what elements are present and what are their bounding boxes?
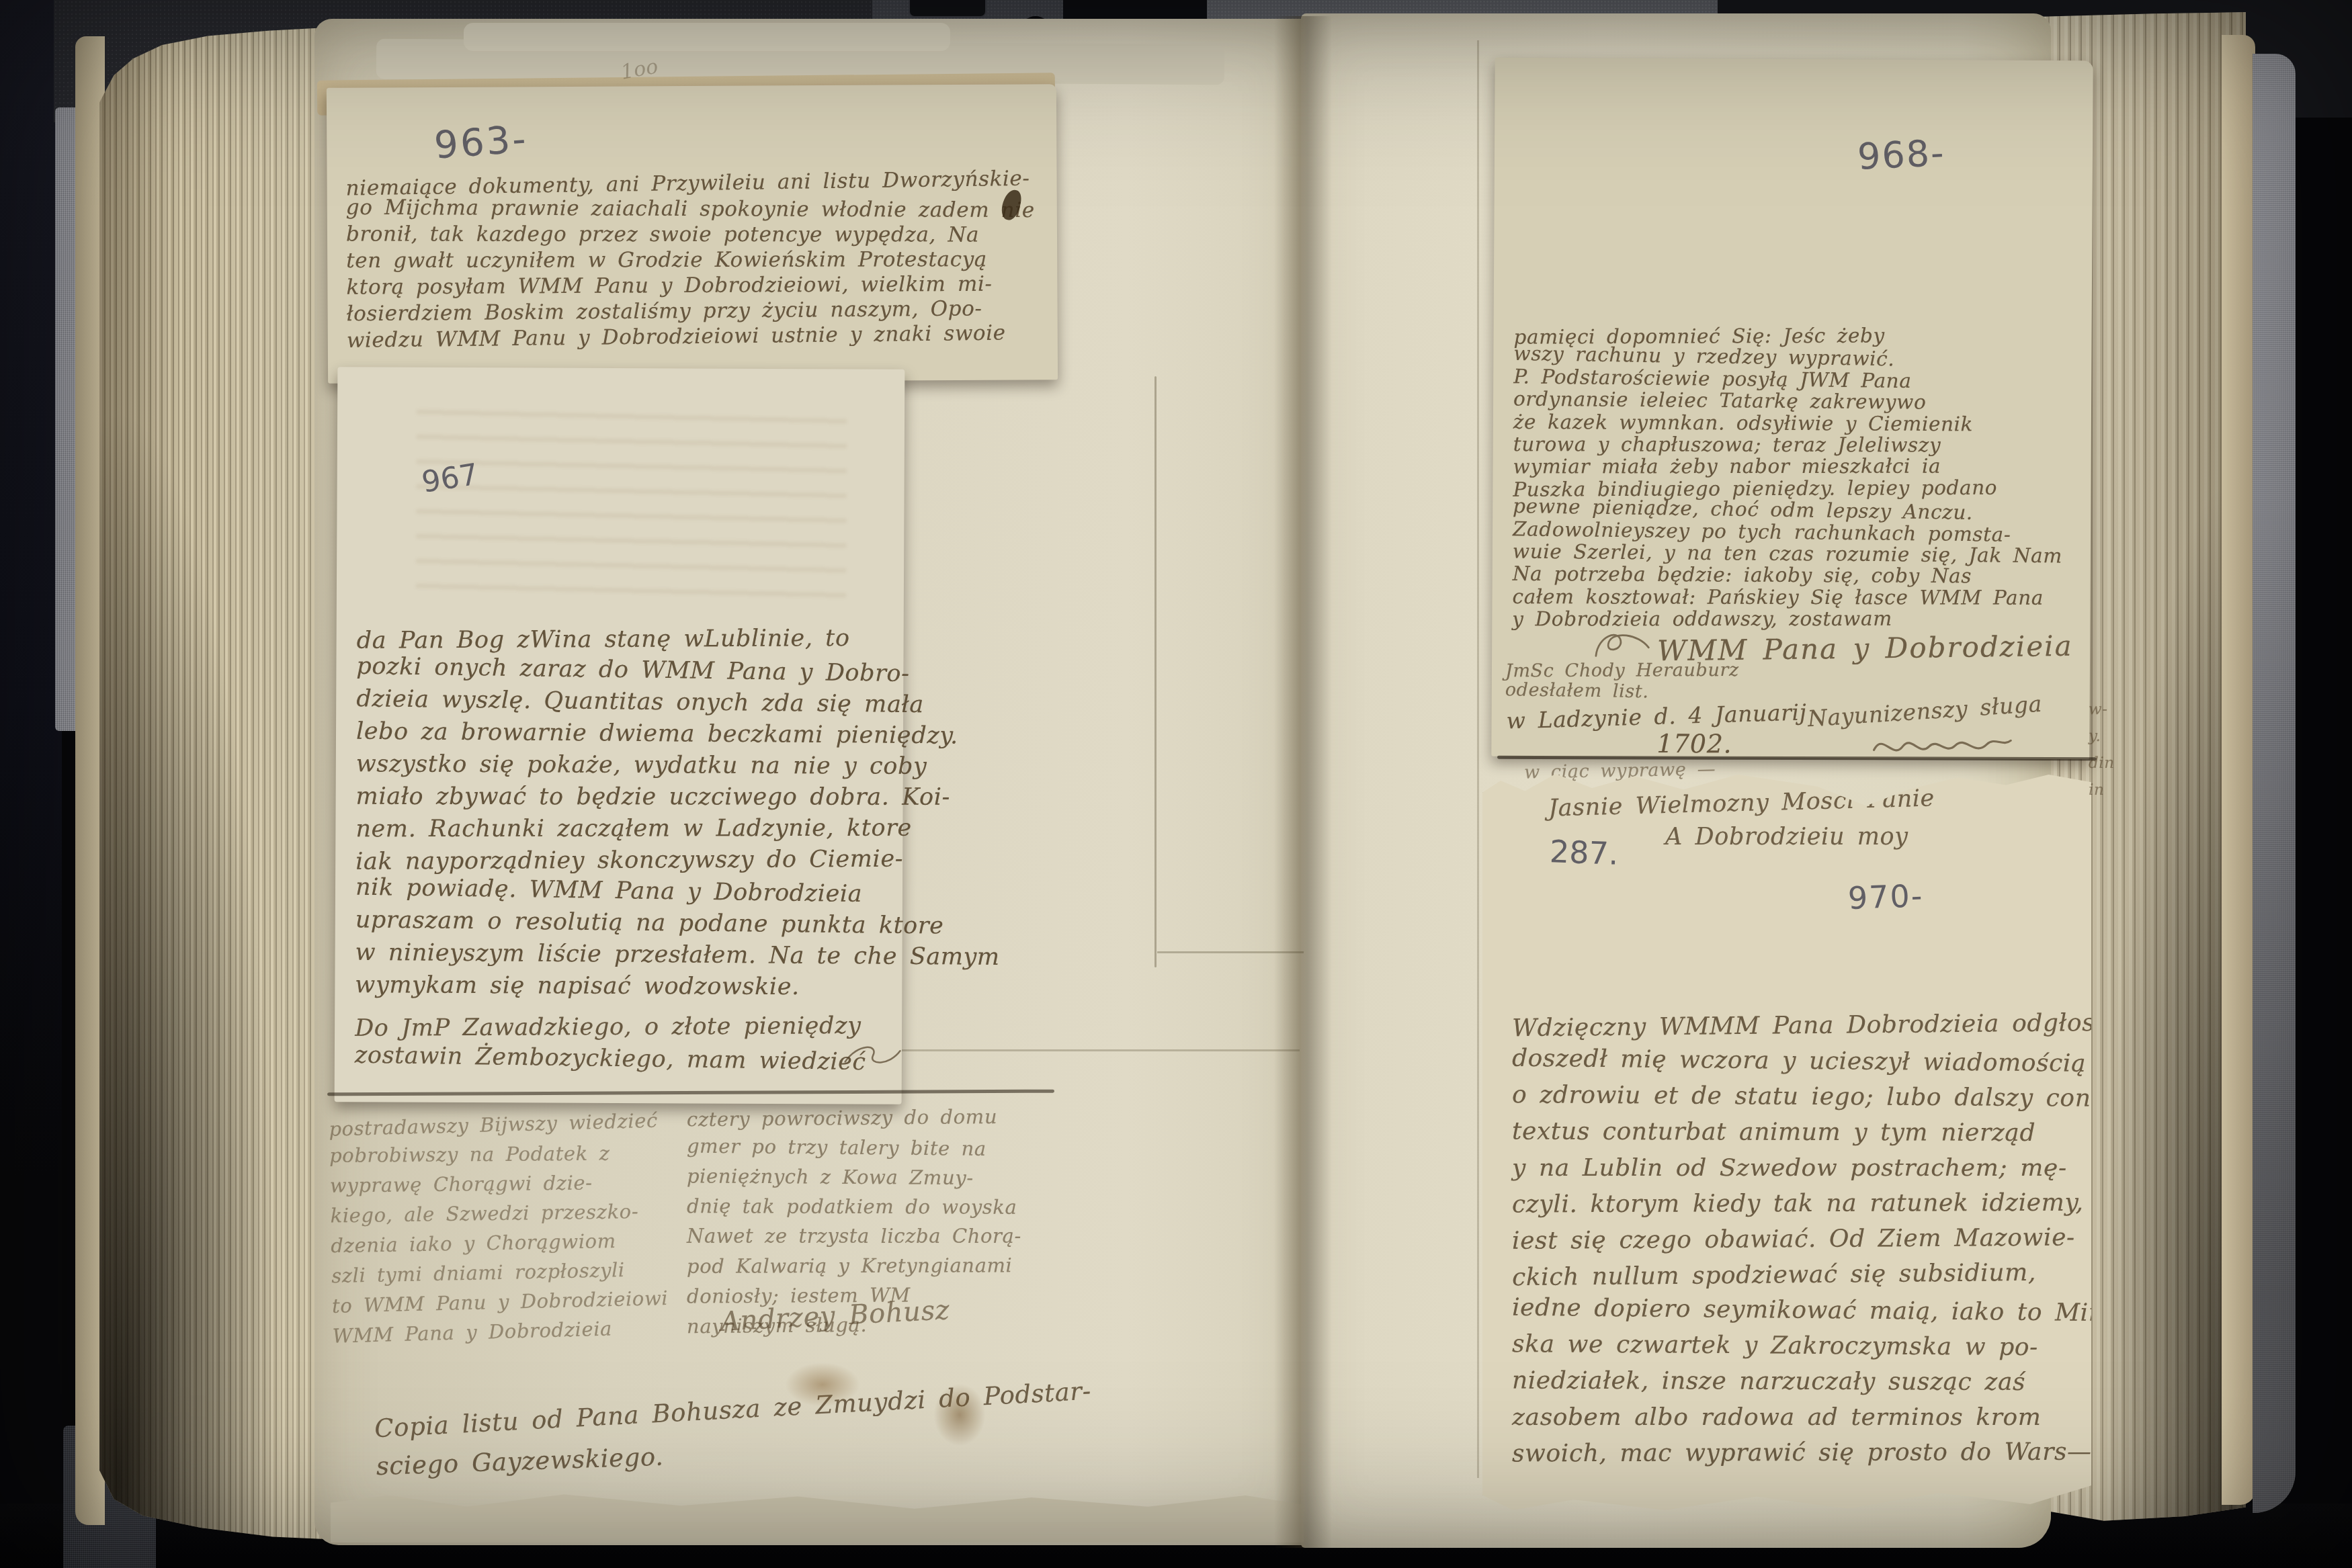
letter-body: da Pan Bog zWina stanę wLublinie, topozk… [355,622,1001,1004]
ink-line: odesłałem list. [1505,679,1739,703]
pasted-letter-968: 968- pamięci dopomnieć Się: Jeśc żebywsz… [1491,58,2093,760]
stain [785,1362,860,1407]
ink-line: że kazek wymnkan. odsyłiwie y Ciemienik [1513,410,2063,435]
ink-line: o zdrowiu et de statu iego; lubo dalszy … [1512,1077,2113,1117]
book-gutter-shadow [1274,16,1332,1548]
ink-line: wszystko się pokaże, wydatku na nie y co… [356,748,1001,783]
folio-number-pencil: 970- [1847,877,1924,916]
archive-number-pencil: 287. [1549,833,1619,872]
year: 1702. [1656,729,1732,759]
ink-line: textus conturbat animum y tym nierząd [1512,1114,2113,1151]
pasted-letter-963: 963- niemaiące dokumenty, ani Przywileiu… [327,84,1058,384]
ink-line: y. [2089,723,2115,750]
ink-line: lebo za browarnie dwiema beczkami pienię… [356,716,1001,752]
ink-line: ckich nullum spodziewać się subsidium, [1512,1254,2113,1295]
ink-showthrough [416,397,847,601]
ink-line: go Mijchma prawnie zaiachali spokoynie w… [346,195,1035,223]
page-edge-line [1477,40,1479,1478]
ink-line: dnię tak podatkiem do woyska [687,1191,1021,1222]
ink-line: niedziałek, insze narzuczały susząc zaś [1512,1363,2113,1401]
background-left [0,0,62,1568]
signature-flourish-icon [1865,728,2019,769]
ink-line: iest się czego obawiać. Od Ziem Mazowie- [1512,1219,2113,1259]
ink-line: cztery powrociwszy do domu [687,1102,1021,1135]
ink-line: nem. Rachunki zacząłem w Ladzynie, ktore [355,812,1000,845]
torn-page-edge [464,23,950,51]
valediction: Nayunizenszy sługa [1807,691,2043,732]
ink-line: Na potrzeba będzie: iakoby się, coby Nas [1513,563,2062,588]
ink-line: czyli. ktorym kiedy tak na ratunek idzie… [1512,1185,2113,1223]
ink-line: wymykam się napisać wodzowskie. [355,969,999,1004]
ink-line: ten gwałt uczyniłem w Grodzie Kowieńskim… [346,247,1035,273]
left-fore-edge-pages [99,27,340,1540]
ink-line: pobrobiwszy na Podatek z [329,1138,666,1170]
letter-postscript: Do JmP Zawadzkiego, o złote pieniędzyzos… [355,1010,866,1076]
right-cover-board [2222,35,2255,1505]
ink-line: Nawet ze trzysta liczba Chorą- [687,1221,1021,1251]
stand-clamp [909,0,986,17]
right-cover-cloth [2253,54,2296,1513]
ink-line: turowa y chapłuszowa; teraz Jeleliwszy [1513,433,2063,456]
ink-line: Do JmP Zawadzkiego, o złote pieniędzy [355,1010,866,1045]
ink-line: bronił, tak kazdego przez swoie potencye… [346,221,1035,247]
ink-line: y na Lublin od Szwedow postrachem; mę- [1512,1150,2113,1186]
ink-flourish-icon [1593,625,1652,663]
margin-ink-fragments: w-y.dinin [2089,696,2115,803]
ink-line: Wdzięczny WMMM Pana Dobrodzieia odgłos [1512,1005,2113,1046]
ink-line: miało zbywać to będzie uczciwego dobra. … [356,781,1001,814]
ink-line: doszedł mię wczora y ucieszył wiadomości… [1512,1041,2113,1082]
salutation-line-2: A Dobrodzieiu moy [1665,824,1908,851]
folio-number-pencil: 963- [433,118,530,168]
ink-line: iedne dopiero seymikować maią, iako to M… [1512,1290,2113,1331]
folio-number-pencil: 968- [1857,132,1946,178]
ink-line: w ninieyszym liście przesłałem. Na te ch… [355,937,1000,973]
ink-line: gmer po trzy talery bite na [687,1131,1021,1164]
ink-line: zasobem albo radowa ad terminos krom [1512,1399,2113,1435]
letter-close: JmSc Chody Herauburzodesłałem list. [1505,660,1739,703]
ink-line: pieniężnych z Kowa Zmuy- [687,1161,1021,1192]
manuscript-photograph: 1oo 963- niemaiące dokumenty, ani Przywi… [0,0,2352,1568]
ink-line: wymiar miała żeby nabor mieszkałci ia [1513,455,2063,478]
ink-line: kiego, ale Szwedzi przeszko- [330,1196,667,1230]
ink-line: wyprawę Chorągwi dzie- [330,1167,667,1201]
ink-line: całem kosztował: Pańskiey Się łasce WMM … [1512,586,2062,609]
letter-column-left: postradawszy Bijwszy wiedziećpobrobiwszy… [329,1107,669,1350]
letter-body: niemaiące dokumenty, ani Przywileiu ani … [346,169,1036,351]
page-edge-line [898,1049,1300,1051]
ink-line: ska we czwartek y Zakroczymska w po- [1512,1326,2113,1366]
ink-line: in [2089,777,2115,803]
ink-line: w- [2089,696,2115,723]
letter-body: Wdzięczny WMMM Pana Dobrodzieia odgłosdo… [1512,1008,2113,1471]
ink-line: JmSc Chody Herauburz [1505,660,1739,681]
ink-line: pod Kalwarią y Kretyngianami [687,1250,1021,1281]
letter-body: pamięci dopomnieć Się: Jeśc żebywszy rac… [1512,324,2063,631]
pasted-letter-970: Jasnie Wielmozny Mosci Panie A Dobrodzie… [1482,767,2091,1512]
ink-line: swoich, mac wyprawić się prosto do Wars— [1512,1434,2113,1472]
pasted-letter-967: 967 da Pan Bog zWina stanę wLublinie, to… [335,367,905,1104]
ink-line: din [2089,750,2115,777]
ink-line: zostawin Żembozyckiego, mam wiedzieć [355,1040,866,1078]
page-fold-line [1154,376,1157,967]
ink-flourish-icon [843,1038,903,1076]
stain [933,1383,986,1447]
